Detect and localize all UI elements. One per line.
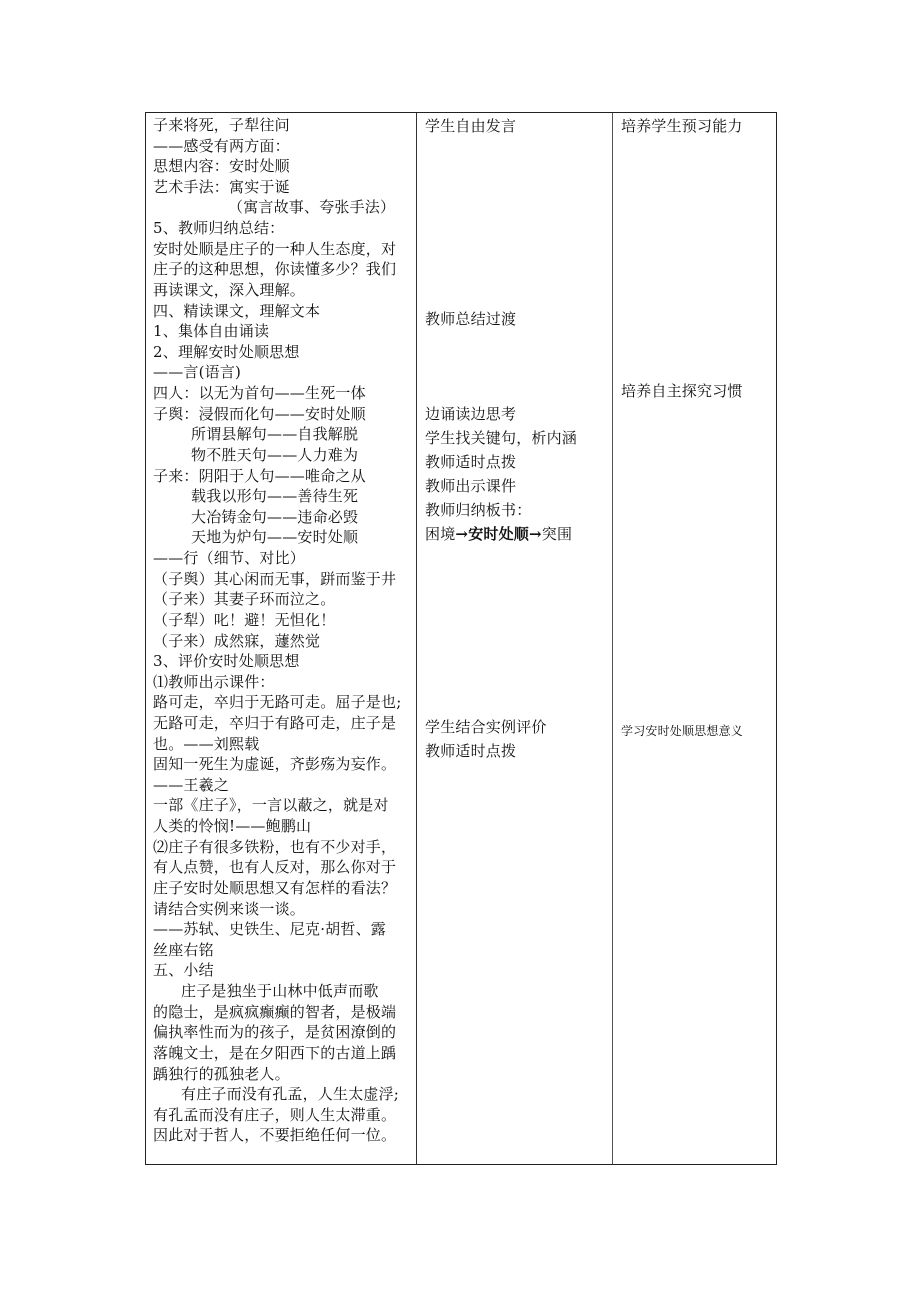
- content-line: 固知一死生为虚诞，齐彭殇为妄作。: [153, 754, 396, 774]
- content-line: 天地为炉句——安时处顺: [153, 527, 358, 547]
- activity-line: 教师出示课件: [425, 476, 516, 496]
- content-line: 5、教师归纳总结：: [153, 218, 284, 238]
- content-line: 思想内容：安时处顺: [153, 156, 290, 176]
- board-note-start: 困境: [425, 525, 455, 543]
- content-line: 人类的怜悯!——鲍鹏山: [153, 816, 311, 836]
- content-line: 请结合实例来谈一谈。: [153, 899, 305, 919]
- content-line: 丝座右铭: [153, 940, 214, 960]
- design-intent-column: 培养学生预习能力培养自主探究习惯学习安时处顺思想意义: [613, 113, 777, 1164]
- activity-line: 教师归纳板书：: [425, 500, 531, 520]
- content-line: 物不胜天句——人力难为: [153, 445, 358, 465]
- board-note-end: 突围: [542, 525, 572, 543]
- content-line: ——言(语言): [153, 362, 241, 382]
- board-note-line: 困境→安时处顺→突围: [425, 524, 572, 544]
- content-line: 踽独行的孤独老人。: [153, 1064, 290, 1084]
- content-line: 偏执率性而为的孩子，是贫困潦倒的: [153, 1022, 396, 1042]
- content-line: 也。——刘熙载: [153, 734, 259, 754]
- content-line: （子犁）叱！避！无怛化！: [153, 610, 335, 630]
- content-line: 的隐士，是疯疯癫癫的智者，是极端: [153, 1002, 396, 1022]
- content-line: 所谓县解句——自我解脱: [153, 424, 358, 444]
- content-line: ——感受有两方面：: [153, 136, 290, 156]
- content-line: ——行（细节、对比）: [153, 548, 305, 568]
- design-intent-line: 培养自主探究习惯: [621, 381, 743, 401]
- design-intent-line: 学习安时处顺思想意义: [621, 721, 743, 741]
- teaching-content-column: 子来将死，子犁往问——感受有两方面：思想内容：安时处顺艺术手法：寓实于诞（寓言故…: [146, 113, 417, 1164]
- content-line: 子来：阴阳于人句——唯命之从: [153, 466, 366, 486]
- content-line: （子来）其妻子环而泣之。: [153, 589, 335, 609]
- content-line: （子舆）其心闲而无事，跰而鉴于井: [153, 569, 396, 589]
- content-line: 艺术手法：寓实于诞: [153, 177, 290, 197]
- content-line: 落魄文士，是在夕阳西下的古道上踽: [153, 1043, 396, 1063]
- content-line: 四人：以无为首句——生死一体: [153, 383, 366, 403]
- activity-line: 教师适时点拨: [425, 741, 516, 761]
- content-line: （子来）成然寐，蘧然觉: [153, 631, 320, 651]
- content-line: 大冶铸金句——违命必毁: [153, 507, 358, 527]
- content-line: 再读课文，深入理解。: [153, 280, 305, 300]
- activity-line: 学生结合实例评价: [425, 717, 547, 737]
- content-line: 安时处顺是庄子的一种人生态度，对: [153, 239, 396, 259]
- activity-line: 教师适时点拨: [425, 452, 516, 472]
- content-line: 载我以形句——善待生死: [153, 486, 358, 506]
- content-line: 庄子的这种思想，你读懂多少？我们: [153, 259, 396, 279]
- content-line: 子来将死，子犁往问: [153, 115, 290, 135]
- document-page: 子来将死，子犁往问——感受有两方面：思想内容：安时处顺艺术手法：寓实于诞（寓言故…: [0, 0, 920, 1302]
- content-line: ——苏轼、史铁生、尼克·胡哲、露: [153, 919, 386, 939]
- content-line: 一部《庄子》，一言以蔽之，就是对: [153, 795, 389, 815]
- activity-line: 学生找关键句，析内涵: [425, 428, 577, 448]
- board-note-key-idea: 安时处顺: [468, 525, 529, 543]
- activity-line: 边诵读边思考: [425, 404, 516, 424]
- design-intent-line: 培养学生预习能力: [621, 116, 743, 136]
- content-line: 有人点赞，也有人反对，那么你对于: [153, 857, 396, 877]
- activity-line: 教师总结过渡: [425, 309, 516, 329]
- teaching-activity-column: 困境→安时处顺→突围 学生自由发言教师总结过渡边诵读边思考学生找关键句，析内涵教…: [417, 113, 613, 1164]
- content-line: 庄子是独坐于山林中低声而歌: [153, 981, 379, 1001]
- content-line: 有孔孟而没有庄子，则人生太滞重。: [153, 1105, 396, 1125]
- arrow-icon: →: [455, 525, 468, 543]
- content-line: 因此对于哲人，不要拒绝任何一位。: [153, 1125, 396, 1145]
- content-line: 无路可走，卒归于有路可走，庄子是: [153, 713, 396, 733]
- content-line: 有庄子而没有孔孟，人生太虚浮;: [153, 1084, 399, 1104]
- content-line: 路可走，卒归于无路可走。屈子是也;: [153, 692, 401, 712]
- content-line: ⑴教师出示课件：: [153, 672, 275, 692]
- content-line: 庄子安时处顺思想又有怎样的看法？: [153, 878, 396, 898]
- content-line: 1、集体自由诵读: [153, 321, 269, 341]
- content-line: 四、精读课文，理解文本: [153, 301, 320, 321]
- content-line: 子舆：浸假而化句——安时处顺: [153, 404, 366, 424]
- lesson-plan-table: 子来将死，子犁往问——感受有两方面：思想内容：安时处顺艺术手法：寓实于诞（寓言故…: [145, 112, 777, 1165]
- activity-line: 学生自由发言: [425, 116, 516, 136]
- arrow-icon: →: [529, 525, 542, 543]
- content-line: 3、评价安时处顺思想: [153, 651, 300, 671]
- content-line: ——王羲之: [153, 775, 229, 795]
- content-line: ⑵庄子有很多铁粉，也有不少对手，: [153, 837, 396, 857]
- content-line: 五、小结: [153, 960, 214, 980]
- content-line: 2、理解安时处顺思想: [153, 342, 300, 362]
- content-line: （寓言故事、夸张手法）: [153, 197, 395, 217]
